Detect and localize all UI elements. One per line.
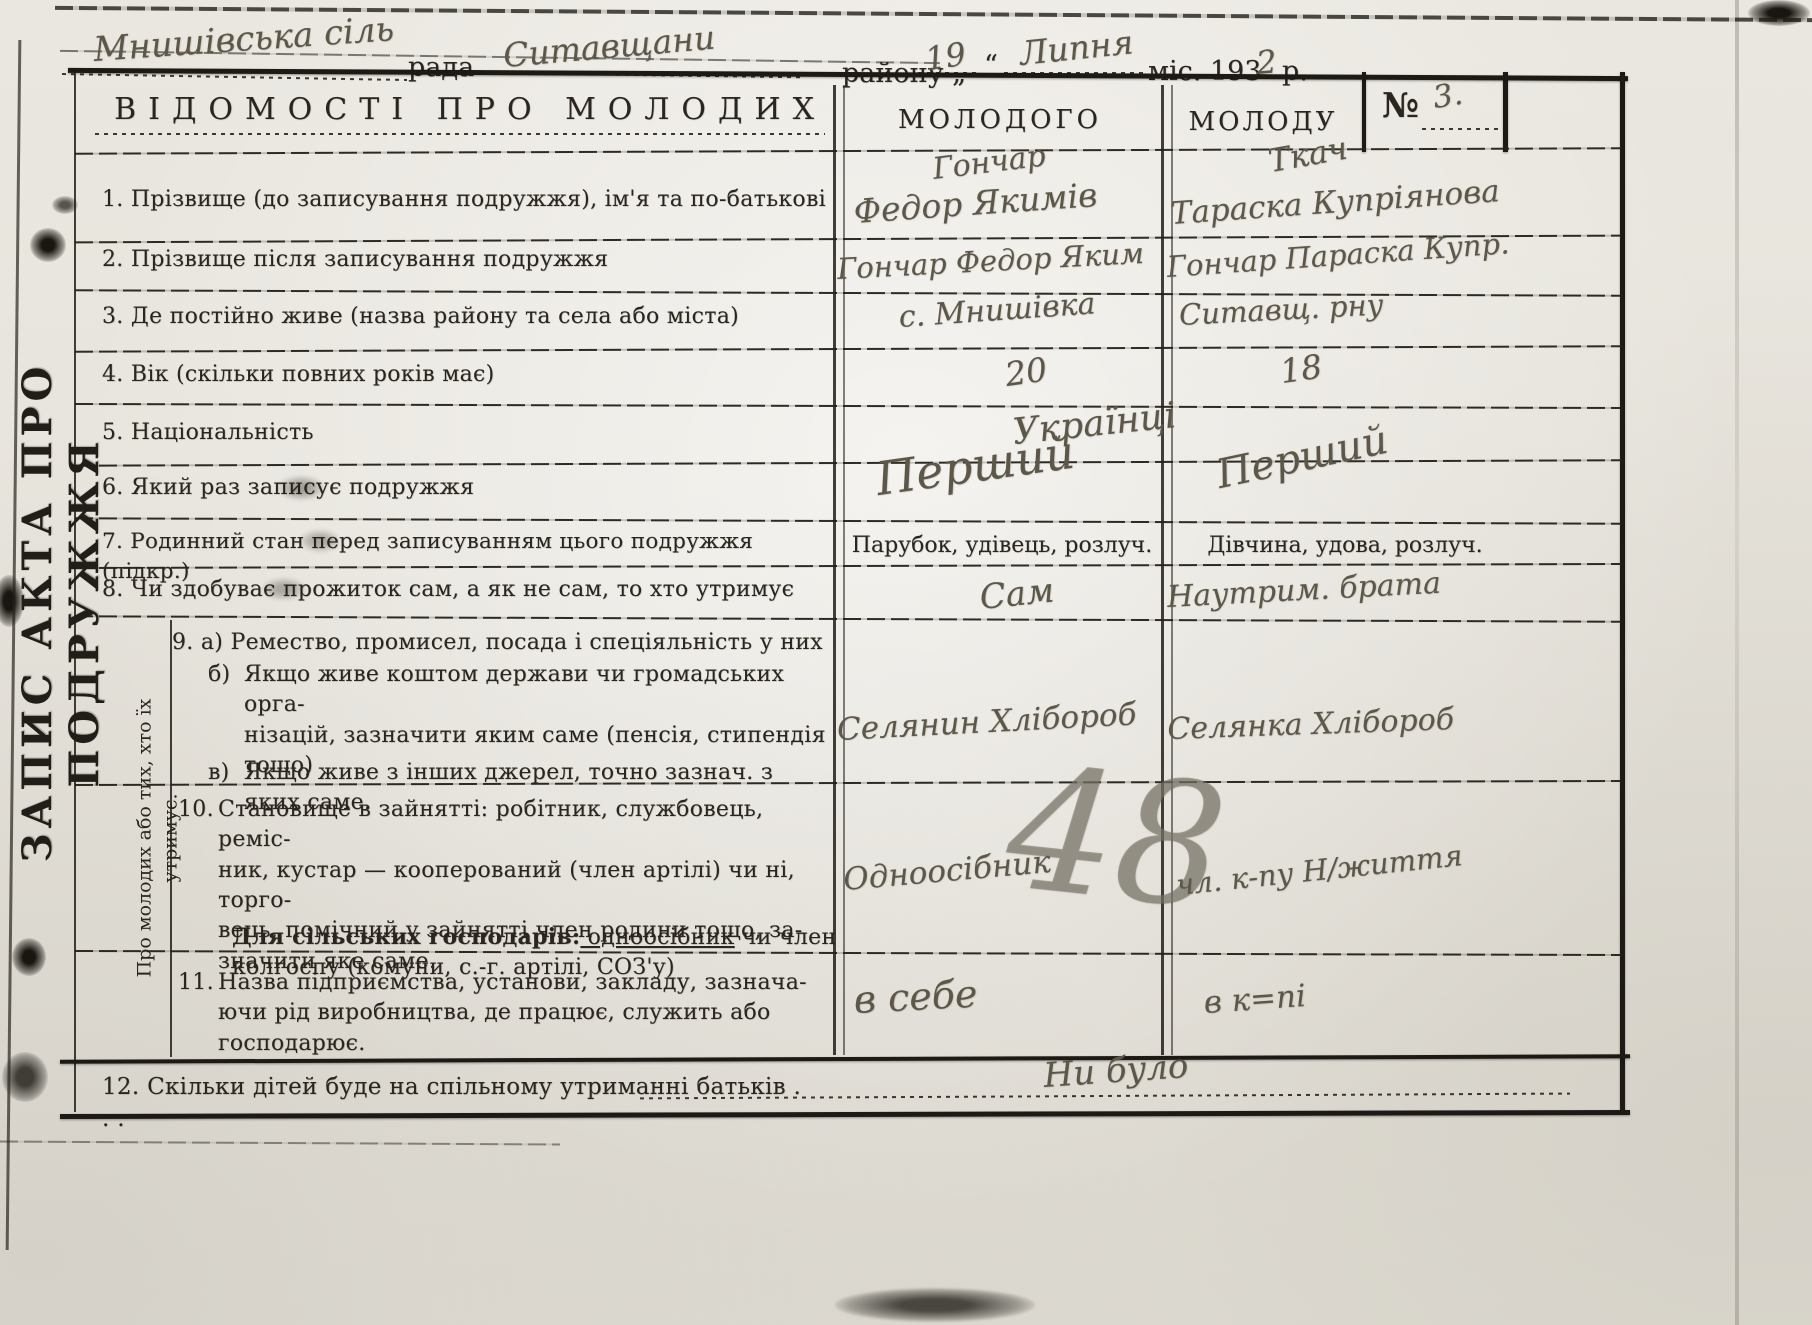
district-name-handwritten: Ситавщани xyxy=(502,18,717,75)
pencil-number-48: 48 xyxy=(1000,743,1233,935)
rada-label: рада xyxy=(408,52,474,83)
record-number-sign: № xyxy=(1382,86,1419,126)
header-bottom-rule xyxy=(75,147,1622,154)
answer-2-groom: Гончар Федор Яким xyxy=(836,236,1145,286)
form-title: ВІДОМОСТІ ПРО МОЛОДИХ xyxy=(105,92,835,127)
answer-8-groom: Сам xyxy=(978,570,1056,618)
answer-8-bride: Наутрим. брата xyxy=(1166,566,1442,615)
bottom-partial-rule xyxy=(0,1141,560,1146)
vertical-register-title-text: ЗАПИС АКТА ПРО ПОДРУЖЖЯ xyxy=(14,362,108,863)
ink-blot xyxy=(1748,0,1810,26)
question-11: 11. Назва підприємства, установи, заклад… xyxy=(178,968,828,1059)
month-year-label: міс. 193 xyxy=(1148,56,1261,87)
row-rule-2 xyxy=(75,289,1622,296)
number-box-right-border xyxy=(1503,72,1508,152)
answer-12-children: Ни було xyxy=(1042,1046,1189,1096)
answer-1-bride-name: Тараска Купріянова xyxy=(1169,173,1500,232)
answer-2-bride: Гончар Параска Купр. xyxy=(1166,226,1511,284)
vertical-about-label-text: Про молодих або тих, хто їх утримує. xyxy=(133,699,182,978)
marriage-record-form: Мнишівська сіль рада Ситавщани району „ … xyxy=(0,0,1812,1325)
question-4: 4. Вік (скільки повних років має) xyxy=(102,360,837,390)
dotted-leader xyxy=(1422,128,1498,130)
paper-crease xyxy=(1735,0,1739,1325)
answer-4-bride-age: 18 xyxy=(1278,347,1325,391)
bride-status-options: Дівчина, удова, розлуч. xyxy=(1175,533,1515,558)
row-rule-8 xyxy=(75,615,1622,622)
question-11-text: Назва підприємства, установи, закладу, з… xyxy=(218,968,807,1059)
smudge-on-question-7 xyxy=(300,530,340,552)
record-number-handwritten: 3. xyxy=(1430,76,1465,116)
r-label: р. xyxy=(1282,56,1308,87)
question-9a: 9. а) Ремество, промисел, посада і спеці… xyxy=(172,628,832,658)
groom-status-options: Парубок, удівець, розлуч. xyxy=(843,533,1161,558)
answer-11-groom: в себе xyxy=(853,972,979,1022)
answer-1-groom-name: Федор Якимів xyxy=(852,175,1098,231)
question-1: 1. Прізвище (до записування подружжя), і… xyxy=(102,185,837,215)
row-rule-3 xyxy=(75,345,1622,352)
answer-6-bride: Перший xyxy=(1212,417,1391,498)
question-3: 3. Де постійно живе (назва району та сел… xyxy=(102,302,837,332)
answer-6-groom: Перший xyxy=(872,425,1077,506)
question-10-number: 10. xyxy=(178,795,218,977)
row-rule-6 xyxy=(75,517,1622,524)
row-rule-4 xyxy=(75,403,1622,409)
number-box-left-border xyxy=(1362,72,1366,152)
answer-4-groom-age: 20 xyxy=(1003,350,1050,394)
question-8: 8. Чи здобуває прожиток сам, а як не сам… xyxy=(102,575,842,605)
question-6: 6. Який раз записує подружжя xyxy=(102,473,837,503)
groom-column-header: МОЛОДОГО xyxy=(845,105,1155,135)
smudge-on-question-8 xyxy=(262,578,306,600)
question-11-number: 11. xyxy=(178,968,218,1059)
question-10-farm-bold: Для сільських господарів: xyxy=(232,924,580,950)
answer-11-bride: в к=пі xyxy=(1202,978,1307,1021)
answer-9-bride: Селянка Хлібороб xyxy=(1167,702,1455,747)
council-name-handwritten: Мнишівська сіль xyxy=(92,9,395,70)
question-12: 12. Скільки дітей буде на спільному утри… xyxy=(102,1072,802,1135)
vertical-about-label: Про молодих або тих, хто їх утримує. xyxy=(105,616,157,1061)
question-5: 5. Національність xyxy=(102,418,837,448)
question-2: 2. Прізвище після записування подружжя xyxy=(102,245,837,275)
month-handwritten: Липня xyxy=(1018,22,1135,73)
title-underline xyxy=(95,133,825,135)
smudge-on-question-6 xyxy=(278,476,324,500)
question-10-farm-underlined: одноосібник xyxy=(580,925,734,950)
bottom-smudge xyxy=(835,1288,1035,1322)
vertical-register-title: ЗАПИС АКТА ПРО ПОДРУЖЖЯ xyxy=(14,207,68,1017)
